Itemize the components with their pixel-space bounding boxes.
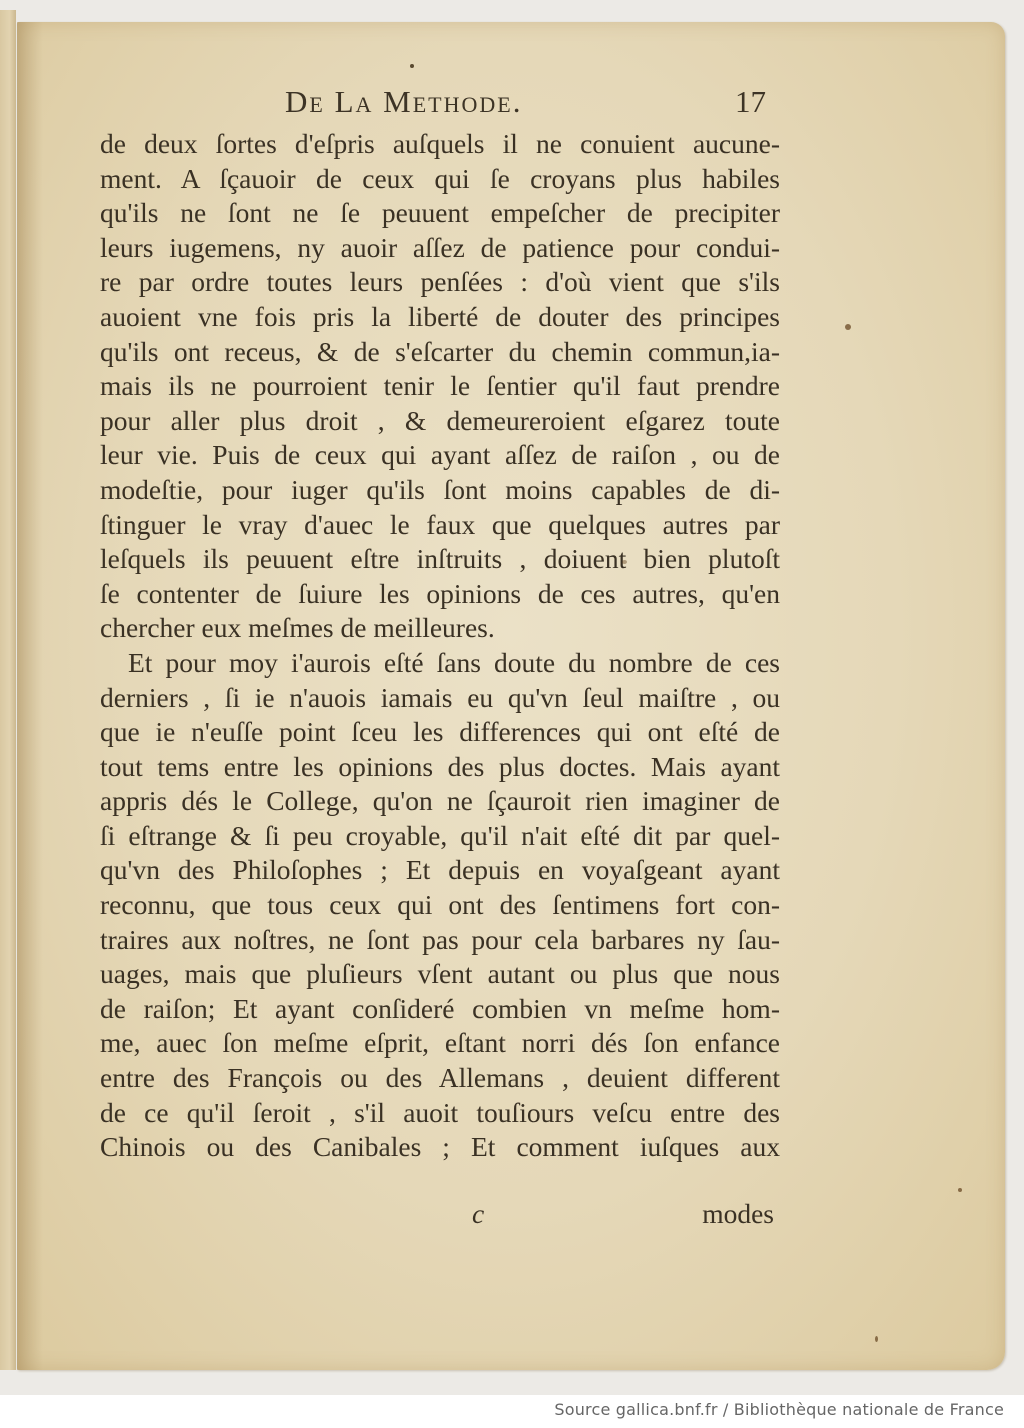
ink-dot: [410, 64, 414, 68]
text-line: appris dés le College, qu'on ne ſçauroit…: [100, 784, 780, 819]
text-line: me, auec ſon meſme eſprit, eſtant norri …: [100, 1026, 780, 1061]
foxing-spot: [622, 560, 627, 564]
text-line: leſquels ils peuuent eſtre inſtruits , d…: [100, 542, 780, 577]
foxing-spot: [958, 1188, 962, 1192]
text-line: derniers , ſi ie n'auois iamais eu qu'vn…: [100, 681, 780, 716]
text-line: qu'ils ne ſont ne ſe peuuent empeſcher d…: [100, 196, 780, 231]
text-line: leur vie. Puis de ceux qui ayant aſſez d…: [100, 438, 780, 473]
paragraph-start-line: Et pour moy i'aurois eſté ſans doute du …: [100, 646, 780, 681]
source-credit: Source gallica.bnf.fr / Bibliothèque nat…: [554, 1400, 1004, 1419]
text-line: de ce qu'il ſeroit , s'il auoit touſiour…: [100, 1096, 780, 1131]
text-line: ſe contenter de ſuiure les opinions de c…: [100, 577, 780, 612]
text-line: traires aux noſtres, ne ſont pas pour ce…: [100, 923, 780, 958]
text-line: pour aller plus droit , & demeureroient …: [100, 404, 780, 439]
text-line: de raiſon; Et ayant conſideré combien vn…: [100, 992, 780, 1027]
text-line: ſtinguer le vray d'auec le faux que quel…: [100, 508, 780, 543]
text-line: reconnu, que tous ceux qui ont des ſenti…: [100, 888, 780, 923]
previous-page-edge: [0, 10, 16, 1370]
text-line: entre des François ou des Allemans , deu…: [100, 1061, 780, 1096]
page-number: 17: [735, 84, 766, 120]
text-line: re par ordre toutes leurs penſées : d'où…: [100, 265, 780, 300]
text-line: qu'ils ont receus, & de s'eſcarter du ch…: [100, 335, 780, 370]
page-foot: c modes: [100, 1198, 780, 1232]
text-line: chercher eux meſmes de meilleures.: [100, 611, 780, 646]
body-text: de deux ſortes d'eſpris auſquels il ne c…: [100, 127, 780, 1165]
signature-mark: c: [472, 1198, 484, 1230]
text-line: de deux ſortes d'eſpris auſquels il ne c…: [100, 127, 780, 162]
text-line: Chinois ou des Canibales ; Et comment iu…: [100, 1130, 780, 1165]
gutter-shadow: [17, 22, 43, 1370]
text-line: ſi eſtrange & ſi peu croyable, qu'il n'a…: [100, 819, 780, 854]
text-line: auoient vne fois pris la liberté de dout…: [100, 300, 780, 335]
text-line: mais ils ne pourroient tenir le ſentier …: [100, 369, 780, 404]
text-line: ment. A ſçauoir de ceux qui ſe croyans p…: [100, 162, 780, 197]
text-line: que ie n'euſſe point ſceu les difference…: [100, 715, 780, 750]
text-line: modeſtie, pour iuger qu'ils ſont moins c…: [100, 473, 780, 508]
running-head: De La Methode.: [285, 84, 522, 120]
foxing-spot: [875, 1336, 878, 1342]
foxing-spot: [845, 324, 851, 330]
scan-area: De La Methode. 17 de deux ſortes d'eſpri…: [0, 0, 1024, 1395]
text-line: tout tems entre les opinions des plus do…: [100, 750, 780, 785]
catchword: modes: [702, 1198, 774, 1230]
text-line: leurs iugemens, ny auoir aſſez de patien…: [100, 231, 780, 266]
text-line: uages, mais que pluſieurs vſent autant o…: [100, 957, 780, 992]
text-line: qu'vn des Philoſophes ; Et depuis en voy…: [100, 853, 780, 888]
